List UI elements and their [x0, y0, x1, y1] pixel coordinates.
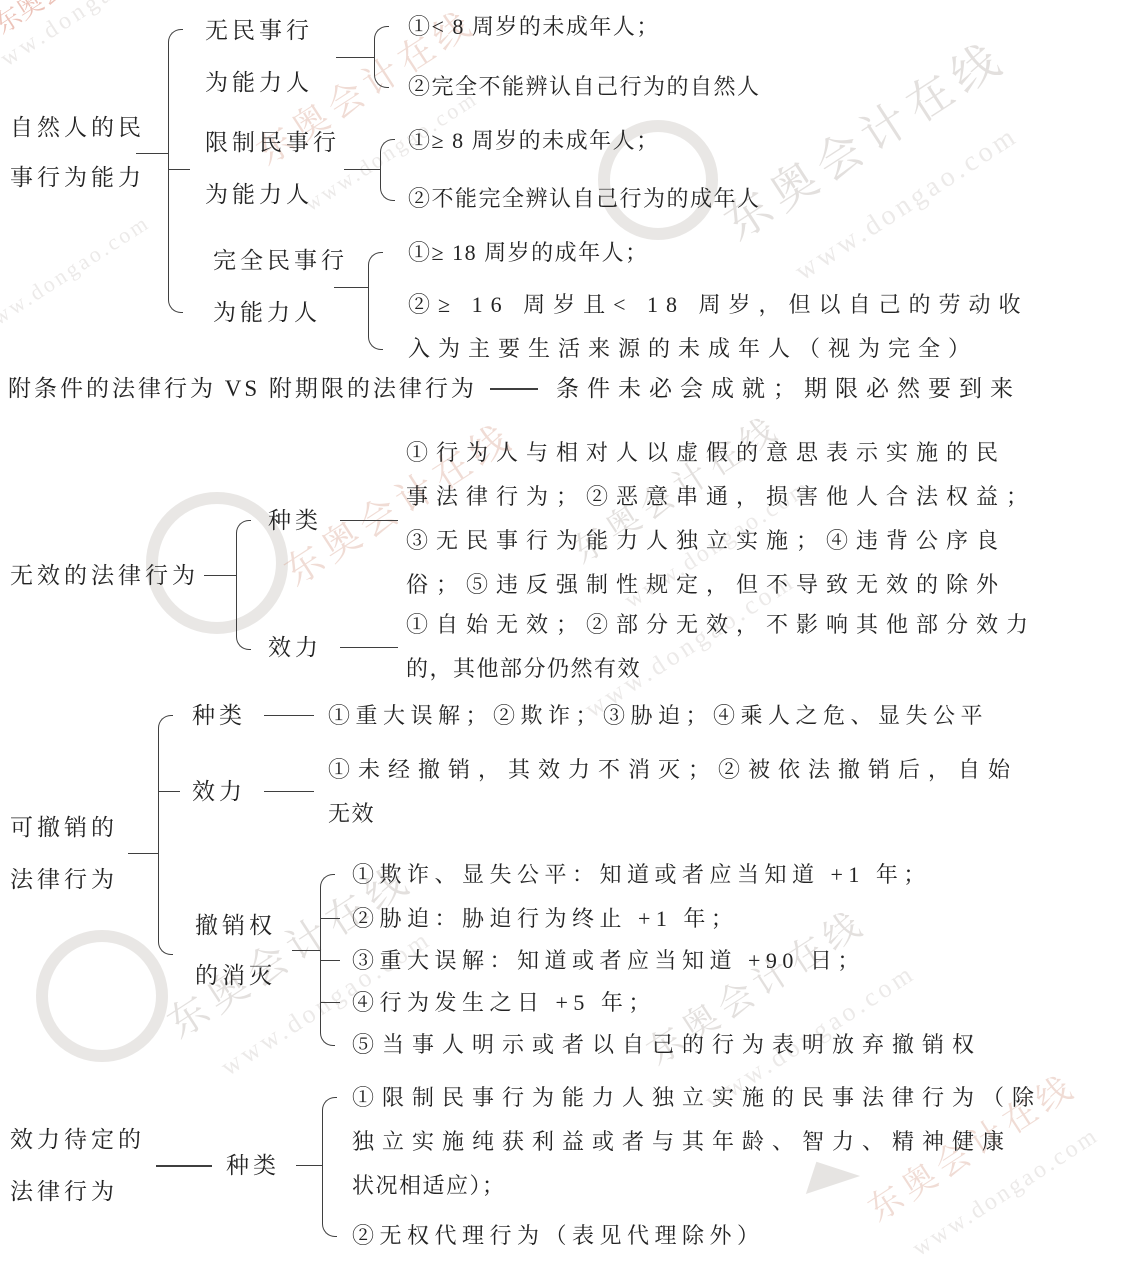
s1-root-label-line1: 自然人的民 [10, 113, 145, 143]
s4-item: 无效 [328, 799, 375, 829]
connector-tick [320, 960, 340, 961]
s3-item: 事法律行为；②恶意串通，损害他人合法权益； [406, 482, 1036, 512]
s5-root-label-line2: 法律行为 [10, 1177, 118, 1207]
s4-child2-label: 效力 [192, 777, 246, 807]
s1-item: ②≥ 16 周岁且< 18 周岁，但以自己的劳动收 [408, 290, 1028, 320]
s3-item: ③无民事行为能力人独立实施；④违背公序良 [406, 526, 1006, 556]
connector-bracket [322, 1097, 337, 1237]
s5-item: 状况相适应）； [352, 1171, 506, 1201]
connector-bracket [374, 26, 389, 88]
connector-line [156, 1165, 212, 1167]
s4-root-label-line1: 可撤销的 [10, 813, 118, 843]
watermark-logo-ring [36, 930, 168, 1062]
s4-item: ③重大误解：知道或者应当知道 +90 日； [352, 946, 865, 976]
s2-left-text: 附条件的法律行为 VS 附期限的法律行为 [8, 374, 477, 404]
connector-line [340, 520, 398, 521]
s1-item: ②完全不能辨认自己行为的自然人 [408, 72, 761, 102]
s2-right-text: 条件未必会成就；期限必然要到来 [556, 374, 1021, 404]
connector-bracket [158, 715, 173, 955]
connector-tick [168, 169, 190, 170]
connector-line [204, 575, 236, 576]
s3-item: ①行为人与相对人以虚假的意思表示实施的民 [406, 438, 1006, 468]
s3-item: 俗；⑤违反强制性规定，但不导致无效的除外 [406, 570, 1006, 600]
s4-item: ④行为发生之日 +5 年； [352, 988, 656, 1018]
s1-item: ①< 8 周岁的未成年人； [408, 12, 660, 42]
s1-child1-label-line2: 为能力人 [205, 68, 313, 98]
s5-item: 独立实施纯获利益或者与其年龄、智力、精神健康 [352, 1127, 1012, 1157]
s5-item: ①限制民事行为能力人独立实施的民事法律行为（除 [352, 1083, 1042, 1113]
connector-line [334, 287, 368, 288]
connector-tick [158, 791, 180, 792]
s1-item: ①≥ 8 周岁的未成年人； [408, 126, 660, 156]
watermark-url-text: www.dongao.com [0, 210, 154, 340]
connector-bracket [236, 520, 251, 650]
s1-child3-label-line2: 为能力人 [213, 298, 321, 328]
s1-item: 入为主要生活来源的未成年人（视为完全） [408, 334, 978, 364]
s5-child1-label: 种类 [226, 1151, 280, 1181]
s1-child2-label-line2: 为能力人 [205, 180, 313, 210]
connector-line [264, 715, 314, 716]
s4-item: ①欺诈、显失公平：知道或者应当知道 +1 年； [352, 860, 931, 890]
s1-child1-label-line1: 无民事行 [205, 16, 313, 46]
s4-item: ①重大误解；②欺诈；③胁迫；④乘人之危、显失公平 [328, 701, 988, 731]
s4-item: ②胁迫：胁迫行为终止 +1 年； [352, 904, 738, 934]
connector-line [340, 647, 398, 648]
s4-item: ⑤当事人明示或者以自己的行为表明放弃撤销权 [352, 1030, 982, 1060]
watermark-triangle [806, 1162, 860, 1209]
s3-root-label: 无效的法律行为 [10, 561, 199, 591]
connector-bracket [168, 29, 183, 313]
connector-bracket [380, 139, 395, 201]
watermark-brand-text: 东奥会计在线 [716, 32, 1015, 251]
s3-child1-label: 种类 [268, 506, 322, 536]
s3-item: ①自始无效；②部分无效，不影响其他部分效力 [406, 610, 1036, 640]
s3-child2-label: 效力 [268, 633, 322, 663]
connector-line [128, 853, 158, 854]
s5-item: ②无权代理行为（表见代理除外） [352, 1221, 765, 1251]
s1-item: ②不能完全辨认自己行为的成年人 [408, 184, 761, 214]
watermark-url-text: www.dongao.com [0, 0, 186, 84]
s4-child3-label-line2: 的消灭 [195, 961, 276, 991]
s1-item: ①≥ 18 周岁的成年人； [408, 238, 649, 268]
s3-item: 的，其他部分仍然有效 [406, 654, 641, 684]
connector-line [296, 1165, 322, 1166]
connector-bracket [368, 252, 383, 350]
connector-line [136, 153, 168, 154]
s1-child2-label-line1: 限制民事行 [205, 128, 340, 158]
connector-line [490, 388, 538, 390]
s4-root-label-line2: 法律行为 [10, 865, 118, 895]
s4-child3-label-line1: 撤销权 [195, 911, 276, 941]
s4-child1-label: 种类 [192, 701, 246, 731]
s1-child3-label-line1: 完全民事行 [213, 246, 348, 276]
s1-root-label-line2: 事行为能力 [10, 163, 145, 193]
connector-line [292, 950, 320, 951]
connector-tick [320, 1002, 340, 1003]
mindmap-canvas: www.dongao.com 东奥会计在线 www.dongao.com 东奥会… [0, 0, 1139, 1279]
watermark-brand-fragment: 东奥会计在线 [0, 0, 136, 40]
s4-item: ①未经撤销，其效力不消灭；②被依法撤销后，自始 [328, 755, 1018, 785]
connector-tick [320, 918, 340, 919]
s5-root-label-line1: 效力待定的 [10, 1125, 145, 1155]
connector-line [344, 169, 380, 170]
watermark-url-text: www.dongao.com [790, 121, 1024, 288]
connector-line [336, 57, 374, 58]
connector-line [264, 791, 314, 792]
